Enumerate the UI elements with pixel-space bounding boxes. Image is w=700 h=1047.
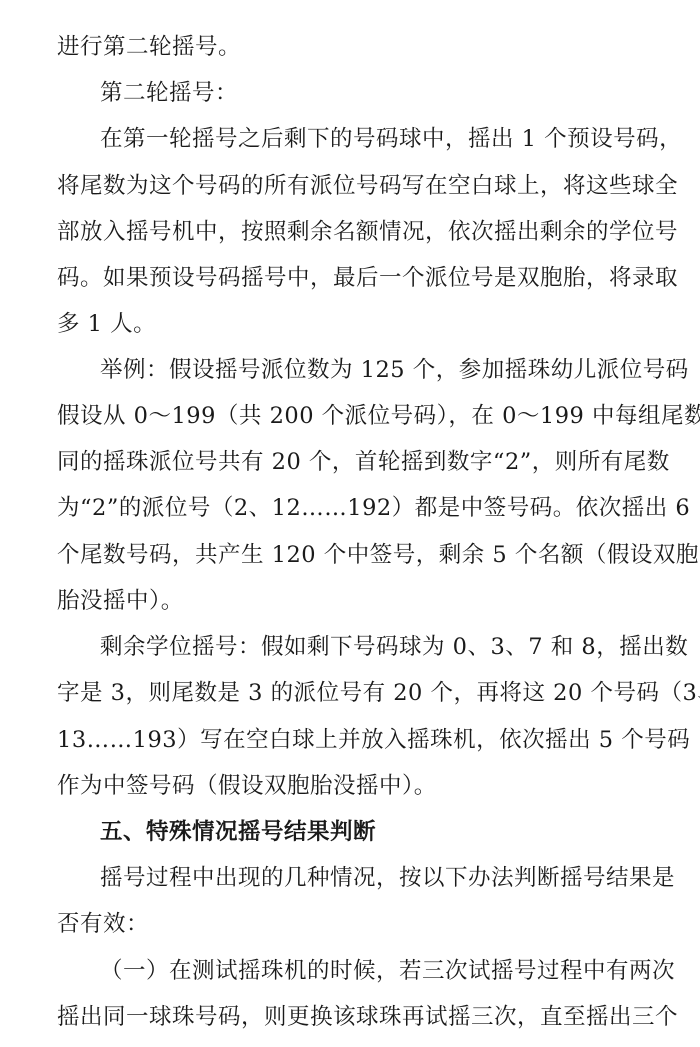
text-line: 否有效： (57, 909, 657, 939)
text-line: 13……193）写在空白球上并放入摇珠机，依次摇出 5 个号码 (57, 725, 657, 755)
section-subtitle: 第二轮摇号： (100, 78, 400, 108)
text-line: 作为中签号码（假设双胞胎没摇中）。 (57, 771, 657, 801)
text-line: 摇号过程中出现的几种情况，按以下办法判断摇号结果是 (100, 863, 657, 893)
text-line: 字是 3，则尾数是 3 的派位号有 20 个，再将这 20 个号码（3、 (57, 678, 657, 708)
text-line: 多 1 人。 (57, 309, 657, 339)
text-line: 在第一轮摇号之后剩下的号码球中，摇出 1 个预设号码， (100, 124, 657, 154)
text-line: 摇出同一球珠号码，则更换该球珠再试摇三次，直至摇出三个 (57, 1002, 657, 1032)
document-page: 进行第二轮摇号。 第二轮摇号： 在第一轮摇号之后剩下的号码球中，摇出 1 个预设… (0, 0, 700, 1047)
text-line: 为“2”的派位号（2、12……192）都是中签号码。依次摇出 6 (57, 493, 657, 523)
text-line: 码。如果预设号码摇号中，最后一个派位号是双胞胎，将录取 (57, 263, 657, 293)
text-line: 举例：假设摇号派位数为 125 个，参加摇珠幼儿派位号码 (100, 355, 657, 385)
text-line: （一）在测试摇珠机的时候，若三次试摇号过程中有两次 (100, 956, 657, 986)
text-line: 个尾数号码，共产生 120 个中签号，剩余 5 个名额（假设双胞 (57, 540, 657, 570)
text-line: 进行第二轮摇号。 (57, 32, 657, 62)
text-line: 剩余学位摇号：假如剩下号码球为 0、3、7 和 8，摇出数 (100, 632, 657, 662)
text-line: 同的摇珠派位号共有 20 个，首轮摇到数字“2”，则所有尾数 (57, 447, 657, 477)
text-line: 胎没摇中）。 (57, 586, 657, 616)
text-line: 假设从 0～199（共 200 个派位号码），在 0～199 中每组尾数相 (57, 401, 657, 431)
text-line: 将尾数为这个号码的所有派位号码写在空白球上，将这些球全 (57, 171, 657, 201)
text-line: 部放入摇号机中，按照剩余名额情况，依次摇出剩余的学位号 (57, 217, 657, 247)
section-heading: 五、特殊情况摇号结果判断 (100, 817, 500, 847)
